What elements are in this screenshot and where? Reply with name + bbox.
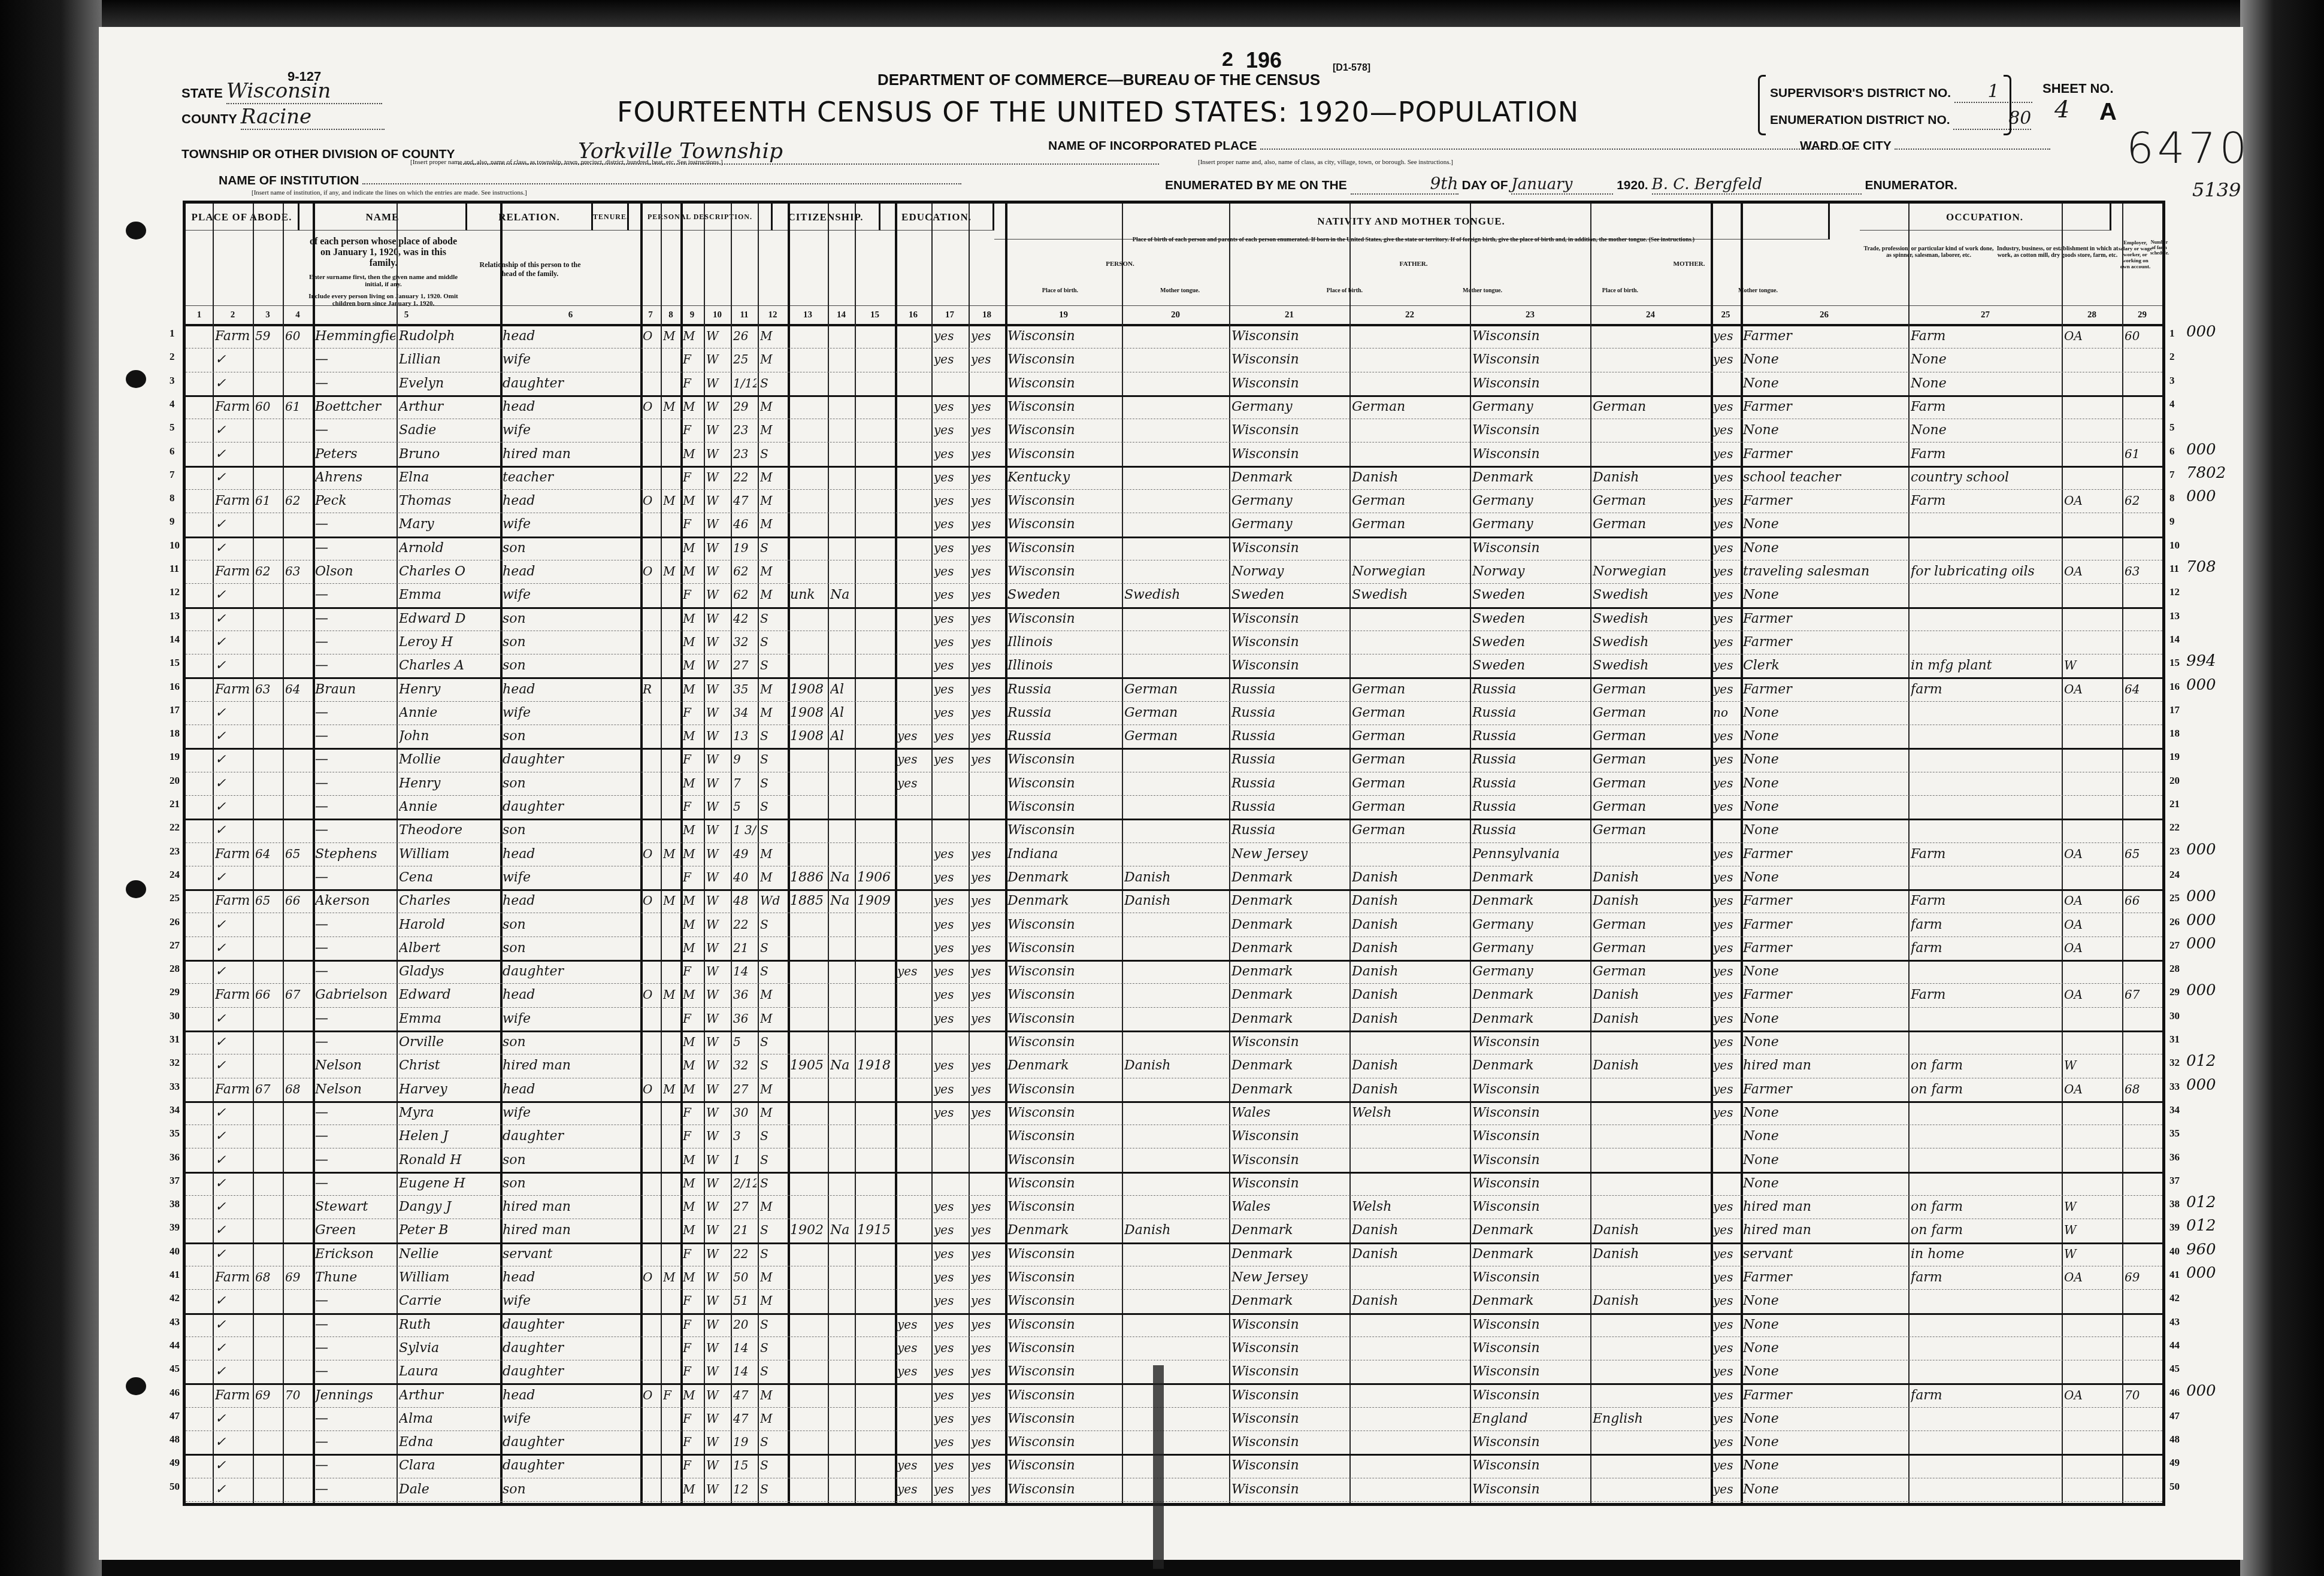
cell-family: 70 xyxy=(285,1384,311,1407)
cell-given: Arthur xyxy=(399,395,499,419)
cell-own xyxy=(643,913,659,936)
cell-mort: M xyxy=(663,842,680,866)
cell-age: 22 xyxy=(733,913,756,936)
cell-pob: Wisconsin xyxy=(1007,513,1121,536)
cell-nat: Na xyxy=(830,866,854,889)
cell-race: W xyxy=(706,654,730,677)
table-row: Farm6465StephensWilliamheadOMMW49Myesyes… xyxy=(186,842,2162,866)
cell-trade: servant xyxy=(1743,1242,1907,1266)
cell-english: yes xyxy=(1713,537,1739,560)
cell-own xyxy=(643,1054,659,1077)
cell-mpob: Russia xyxy=(1472,701,1589,725)
line-number-right: 22 xyxy=(2169,822,2180,834)
cell-family xyxy=(285,1336,311,1360)
cell-dwelling xyxy=(255,1172,282,1195)
cell-nat xyxy=(830,631,854,654)
cell-trade: hired man xyxy=(1743,1195,1907,1219)
cell-mort xyxy=(663,725,680,748)
cell-imm xyxy=(790,772,827,795)
cell-sex: M xyxy=(683,1384,703,1407)
cell-emp xyxy=(2064,607,2121,631)
cell-family xyxy=(285,1125,311,1148)
cell-imm xyxy=(790,1430,827,1454)
cell-house: Farm xyxy=(215,889,252,913)
cell-own xyxy=(643,537,659,560)
cell-mtongue xyxy=(1593,1078,1709,1101)
cell-school xyxy=(897,1031,930,1054)
cell-fpob: Wisconsin xyxy=(1231,1454,1348,1477)
cell-nat xyxy=(830,1430,854,1454)
cell-race: W xyxy=(706,795,730,819)
line-number-right: 15 xyxy=(2169,657,2180,669)
cell-dwelling xyxy=(255,631,282,654)
enumeration-date-field: ENUMERATED BY ME ON THE 9th DAY OF Janua… xyxy=(1165,174,1957,195)
cell-race: W xyxy=(706,1478,730,1501)
cell-read: yes xyxy=(934,725,967,748)
cell-given: Elna xyxy=(399,466,499,489)
line-number-right: 41 xyxy=(2169,1269,2180,1281)
cell-emp xyxy=(2064,1336,2121,1360)
cell-mpob: Wisconsin xyxy=(1472,1078,1589,1101)
cell-school xyxy=(897,1384,930,1407)
cell-pob: Wisconsin xyxy=(1007,748,1121,771)
cell-mort xyxy=(663,1054,680,1077)
cell-ftongue xyxy=(1352,1430,1469,1454)
cell-race: W xyxy=(706,1360,730,1383)
cell-mort xyxy=(663,1478,680,1501)
cell-mpob: Russia xyxy=(1472,819,1589,842)
cell-pob: Wisconsin xyxy=(1007,1430,1121,1454)
cell-imm: 1886 xyxy=(790,866,827,889)
cell-own xyxy=(643,1195,659,1219)
table-row: ✓—AnniedaughterFW5SWisconsinRussiaGerman… xyxy=(186,795,2162,820)
cell-pob: Indiana xyxy=(1007,842,1121,866)
cell-nat xyxy=(830,348,854,371)
line-number-right: 18 xyxy=(2169,728,2180,739)
cell-ftongue xyxy=(1352,654,1469,677)
cell-sex: F xyxy=(683,1125,703,1148)
cell-emp: W xyxy=(2064,1219,2121,1242)
cell-age: 22 xyxy=(733,466,756,489)
cell-ptongue xyxy=(1124,607,1228,631)
cell-pob: Wisconsin xyxy=(1007,983,1121,1007)
cell-nat xyxy=(830,795,854,819)
line-number-right: 42 xyxy=(2169,1292,2180,1304)
cell-nat xyxy=(830,1031,854,1054)
cell-industry xyxy=(1911,960,2061,983)
cell-ptongue: Danish xyxy=(1124,866,1228,889)
cell-read: yes xyxy=(934,960,967,983)
cell-natyr xyxy=(857,1289,894,1313)
cell-sex: M xyxy=(683,1078,703,1101)
cell-dwelling xyxy=(255,1195,282,1219)
cell-natyr xyxy=(857,395,894,419)
cell-ptongue xyxy=(1124,842,1228,866)
cell-family: 68 xyxy=(285,1078,311,1101)
table-row: ✓—GladysdaughterFW14SyesyesyesWisconsinD… xyxy=(186,960,2162,984)
cell-english: yes xyxy=(1713,1407,1739,1430)
table-row: ✓—Eugene HsonMW2/12SWisconsinWisconsinWi… xyxy=(186,1172,2162,1196)
cell-school: yes xyxy=(897,1454,930,1477)
cell-write: yes xyxy=(971,842,1004,866)
line-number-right: 40 xyxy=(2169,1245,2180,1257)
line-number-right: 19 xyxy=(2169,751,2180,763)
cell-farm xyxy=(2125,819,2161,842)
cell-farm xyxy=(2125,419,2161,442)
cell-natyr xyxy=(857,1078,894,1101)
cell-race: W xyxy=(706,1007,730,1031)
cell-school xyxy=(897,607,930,631)
cell-write: yes xyxy=(971,725,1004,748)
cell-ftongue xyxy=(1352,537,1469,560)
cell-ftongue xyxy=(1352,1172,1469,1195)
cell-natyr xyxy=(857,842,894,866)
cell-write: yes xyxy=(971,607,1004,631)
cell-industry xyxy=(1911,1430,2061,1454)
cell-natyr xyxy=(857,983,894,1007)
cell-mtongue: German xyxy=(1593,795,1709,819)
cell-emp xyxy=(2064,1430,2121,1454)
cell-surname: — xyxy=(315,960,395,983)
cell-surname: — xyxy=(315,537,395,560)
table-row: ✓StewartDangy Jhired manMW27MyesyesWisco… xyxy=(186,1195,2162,1219)
cell-given: Charles xyxy=(399,889,499,913)
cell-given: Harvey xyxy=(399,1078,499,1101)
cell-mtongue xyxy=(1593,348,1709,371)
cell-mpob: Sweden xyxy=(1472,654,1589,677)
cell-fpob: Wales xyxy=(1231,1195,1348,1219)
line-number-right: 16 xyxy=(2169,681,2180,693)
cell-given: Mary xyxy=(399,513,499,536)
cell-ftongue: Danish xyxy=(1352,866,1469,889)
cell-relation: daughter xyxy=(503,1454,640,1477)
column-number: 16 xyxy=(895,306,931,324)
cell-relation: son xyxy=(503,1031,640,1054)
cell-ftongue: German xyxy=(1352,819,1469,842)
line-number-right: 46 xyxy=(2169,1387,2180,1399)
cell-given: John xyxy=(399,725,499,748)
cell-house: ✓ xyxy=(215,725,252,748)
cell-mort xyxy=(663,1148,680,1172)
cell-read: yes xyxy=(934,1289,967,1313)
cell-natyr: 1906 xyxy=(857,866,894,889)
cell-family xyxy=(285,1101,311,1125)
cell-sex: M xyxy=(683,1054,703,1077)
column-number: 2 xyxy=(213,306,253,324)
cell-house: ✓ xyxy=(215,1407,252,1430)
cell-english: yes xyxy=(1713,678,1739,701)
cell-race: W xyxy=(706,631,730,654)
cell-fpob: Denmark xyxy=(1231,466,1348,489)
cell-trade: Farmer xyxy=(1743,983,1907,1007)
cell-race: W xyxy=(706,466,730,489)
line-number-right: 38 xyxy=(2169,1198,2180,1210)
cell-mtongue xyxy=(1593,1360,1709,1383)
cell-english: yes xyxy=(1713,348,1739,371)
cell-family xyxy=(285,1289,311,1313)
cell-sex: F xyxy=(683,1407,703,1430)
cell-given: Charles A xyxy=(399,654,499,677)
cell-english: yes xyxy=(1713,466,1739,489)
line-number-right: 47 xyxy=(2169,1410,2180,1422)
cell-farm xyxy=(2125,960,2161,983)
cell-trade: None xyxy=(1743,1031,1907,1054)
cell-mpob: Sweden xyxy=(1472,607,1589,631)
table-row: Farm6667GabrielsonEdwardheadOMMW36Myesye… xyxy=(186,983,2162,1007)
cell-dwelling xyxy=(255,513,282,536)
cell-emp xyxy=(2064,1454,2121,1477)
cell-family xyxy=(285,748,311,771)
cell-own xyxy=(643,372,659,395)
cell-given: Charles O xyxy=(399,560,499,583)
cell-emp xyxy=(2064,795,2121,819)
cell-trade: None xyxy=(1743,795,1907,819)
cell-read: yes xyxy=(934,537,967,560)
sheet-number-value: 4 xyxy=(2054,96,2069,123)
cell-mort: M xyxy=(663,983,680,1007)
cell-surname: — xyxy=(315,1430,395,1454)
cell-natyr: 1918 xyxy=(857,1054,894,1077)
cell-trade: None xyxy=(1743,1478,1907,1501)
cell-fpob: Wales xyxy=(1231,1101,1348,1125)
cell-surname: — xyxy=(315,1313,395,1336)
cell-natyr xyxy=(857,348,894,371)
cell-imm xyxy=(790,395,827,419)
cell-industry xyxy=(1911,725,2061,748)
cell-school: yes xyxy=(897,960,930,983)
table-row: Farm6869ThuneWilliamheadOMMW50MyesyesWis… xyxy=(186,1266,2162,1290)
cell-race: W xyxy=(706,583,730,607)
cell-write: yes xyxy=(971,748,1004,771)
cell-english: yes xyxy=(1713,936,1739,960)
cell-age: 51 xyxy=(733,1289,756,1313)
cell-read: yes xyxy=(934,325,967,348)
department-heading: DEPARTMENT OF COMMERCE—BUREAU OF THE CEN… xyxy=(877,71,1320,89)
cell-read: yes xyxy=(934,1054,967,1077)
cell-ftongue xyxy=(1352,443,1469,466)
cell-industry: on farm xyxy=(1911,1195,2061,1219)
col-mother-tongue-label: Mother tongue. xyxy=(1689,287,1827,294)
cell-ftongue: German xyxy=(1352,395,1469,419)
cell-ftongue xyxy=(1352,372,1469,395)
cell-race: W xyxy=(706,1454,730,1477)
cell-english: yes xyxy=(1713,725,1739,748)
cell-school xyxy=(897,1219,930,1242)
cell-race: W xyxy=(706,936,730,960)
cell-given: Henry xyxy=(399,678,499,701)
cell-relation: son xyxy=(503,936,640,960)
cell-age: 36 xyxy=(733,983,756,1007)
group-occupation: OCCUPATION. xyxy=(1860,204,2111,231)
cell-fpob: Denmark xyxy=(1231,913,1348,936)
cell-pob: Wisconsin xyxy=(1007,1266,1121,1289)
cell-mort xyxy=(663,936,680,960)
cell-trade: Farmer xyxy=(1743,889,1907,913)
cell-marital: M xyxy=(760,513,786,536)
cell-sex: F xyxy=(683,748,703,771)
cell-ptongue xyxy=(1124,819,1228,842)
cell-marital: S xyxy=(760,1219,786,1242)
cell-trade: None xyxy=(1743,1454,1907,1477)
cell-imm xyxy=(790,1336,827,1360)
cell-mpob: Wisconsin xyxy=(1472,1031,1589,1054)
cell-english: yes xyxy=(1713,489,1739,513)
cell-read xyxy=(934,819,967,842)
cell-sex: M xyxy=(683,631,703,654)
line-number-left: 32 xyxy=(170,1057,180,1069)
cell-english: yes xyxy=(1713,1454,1739,1477)
cell-industry xyxy=(1911,1407,2061,1430)
cell-fpob: Wisconsin xyxy=(1231,443,1348,466)
stamp-letter: 2 xyxy=(1222,48,1233,71)
cell-imm: 1908 xyxy=(790,701,827,725)
cell-fpob: Russia xyxy=(1231,725,1348,748)
line-number-right: 39 xyxy=(2169,1222,2180,1233)
cell-house: ✓ xyxy=(215,960,252,983)
cell-natyr xyxy=(857,772,894,795)
cell-fpob: New Jersey xyxy=(1231,1266,1348,1289)
group-nativity: NATIVITY AND MOTHER TONGUE. xyxy=(994,204,1830,240)
cell-dwelling xyxy=(255,1101,282,1125)
line-number-right: 30 xyxy=(2169,1010,2180,1022)
cell-own xyxy=(643,1336,659,1360)
cell-ptongue xyxy=(1124,1430,1228,1454)
cell-dwelling: 61 xyxy=(255,489,282,513)
cell-mpob: Wisconsin xyxy=(1472,1336,1589,1360)
cell-sex: M xyxy=(683,537,703,560)
cell-given: Dangy J xyxy=(399,1195,499,1219)
cell-family xyxy=(285,1242,311,1266)
cell-dwelling xyxy=(255,1242,282,1266)
line-number-left: 13 xyxy=(170,610,180,622)
cell-read: yes xyxy=(934,1430,967,1454)
cell-emp: OA xyxy=(2064,889,2121,913)
cell-english: yes xyxy=(1713,913,1739,936)
cell-emp xyxy=(2064,1289,2121,1313)
cell-surname: — xyxy=(315,1148,395,1172)
line-number-left: 15 xyxy=(170,657,180,669)
cell-fpob: Wisconsin xyxy=(1231,1313,1348,1336)
cell-age: 15 xyxy=(733,1454,756,1477)
cell-industry xyxy=(1911,795,2061,819)
cell-relation: head xyxy=(503,489,640,513)
cell-sex: M xyxy=(683,1219,703,1242)
cell-emp xyxy=(2064,1125,2121,1148)
cell-mpob: Wisconsin xyxy=(1472,325,1589,348)
cell-industry: on farm xyxy=(1911,1054,2061,1077)
cell-write: yes xyxy=(971,1407,1004,1430)
cell-ptongue xyxy=(1124,560,1228,583)
cell-emp xyxy=(2064,1148,2121,1172)
table-row: Farm6364BraunHenryheadRMW35M1908Alyesyes… xyxy=(186,678,2162,702)
cell-emp xyxy=(2064,866,2121,889)
column-number: 19 xyxy=(1005,306,1122,324)
cell-sex: M xyxy=(683,936,703,960)
cell-house: ✓ xyxy=(215,748,252,771)
column-number: 4 xyxy=(283,306,313,324)
cell-industry: farm xyxy=(1911,913,2061,936)
line-number-right: 3 xyxy=(2169,375,2175,387)
cell-relation: son xyxy=(503,1478,640,1501)
cell-family: 62 xyxy=(285,489,311,513)
cell-farm xyxy=(2125,1430,2161,1454)
cell-imm xyxy=(790,1478,827,1501)
cell-fpob: Germany xyxy=(1231,489,1348,513)
cell-emp xyxy=(2064,631,2121,654)
cell-relation: wife xyxy=(503,1289,640,1313)
cell-write: yes xyxy=(971,466,1004,489)
cell-ftongue: Danish xyxy=(1352,889,1469,913)
cell-mtongue xyxy=(1593,1172,1709,1195)
cell-surname: Thune xyxy=(315,1266,395,1289)
cell-school xyxy=(897,1242,930,1266)
line-number-right: 49 xyxy=(2169,1457,2180,1469)
cell-surname: Ahrens xyxy=(315,466,395,489)
cell-farm xyxy=(2125,654,2161,677)
cell-english: yes xyxy=(1713,1289,1739,1313)
cell-english: yes xyxy=(1713,1031,1739,1054)
cell-race: W xyxy=(706,1054,730,1077)
line-number-right: 7 xyxy=(2169,469,2175,481)
cell-mpob: Wisconsin xyxy=(1472,348,1589,371)
cell-ftongue xyxy=(1352,842,1469,866)
cell-mpob: Wisconsin xyxy=(1472,443,1589,466)
cell-nat xyxy=(830,1242,854,1266)
cell-farm xyxy=(2125,936,2161,960)
cell-mpob: Germany xyxy=(1472,913,1589,936)
cell-emp xyxy=(2064,1478,2121,1501)
cell-fpob: Norway xyxy=(1231,560,1348,583)
cell-read xyxy=(934,1172,967,1195)
cell-industry: None xyxy=(1911,419,2061,442)
line-number-right: 12 xyxy=(2169,586,2180,598)
cell-race: W xyxy=(706,1078,730,1101)
cell-emp xyxy=(2064,1313,2121,1336)
cell-farm: 64 xyxy=(2125,678,2161,701)
cell-write: yes xyxy=(971,1289,1004,1313)
line-number-left: 41 xyxy=(170,1269,180,1281)
cell-mtongue: Danish xyxy=(1593,1289,1709,1313)
cell-natyr xyxy=(857,1148,894,1172)
cell-pob: Illinois xyxy=(1007,631,1121,654)
cell-mpob: Germany xyxy=(1472,513,1589,536)
cell-mtongue xyxy=(1593,1101,1709,1125)
cell-sex: M xyxy=(683,1172,703,1195)
column-number: 7 xyxy=(640,306,661,324)
cell-age: 30 xyxy=(733,1101,756,1125)
column-number: 21 xyxy=(1229,306,1349,324)
cell-ftongue xyxy=(1352,1266,1469,1289)
cell-school xyxy=(897,701,930,725)
cell-trade: None xyxy=(1743,748,1907,771)
cell-natyr xyxy=(857,1384,894,1407)
cell-sex: M xyxy=(683,1031,703,1054)
cell-given: Evelyn xyxy=(399,372,499,395)
cell-own: O xyxy=(643,1078,659,1101)
cell-relation: head xyxy=(503,889,640,913)
cell-imm xyxy=(790,537,827,560)
cell-marital: S xyxy=(760,1172,786,1195)
cell-imm: 1885 xyxy=(790,889,827,913)
cell-natyr xyxy=(857,913,894,936)
cell-imm xyxy=(790,842,827,866)
institution-value xyxy=(362,183,961,184)
cell-school: yes xyxy=(897,1360,930,1383)
table-row: ✓—AlmawifeFW47MyesyesWisconsinWisconsinE… xyxy=(186,1407,2162,1431)
cell-surname: — xyxy=(315,631,395,654)
cell-age: 49 xyxy=(733,842,756,866)
cell-age: 1/12 xyxy=(733,372,756,395)
